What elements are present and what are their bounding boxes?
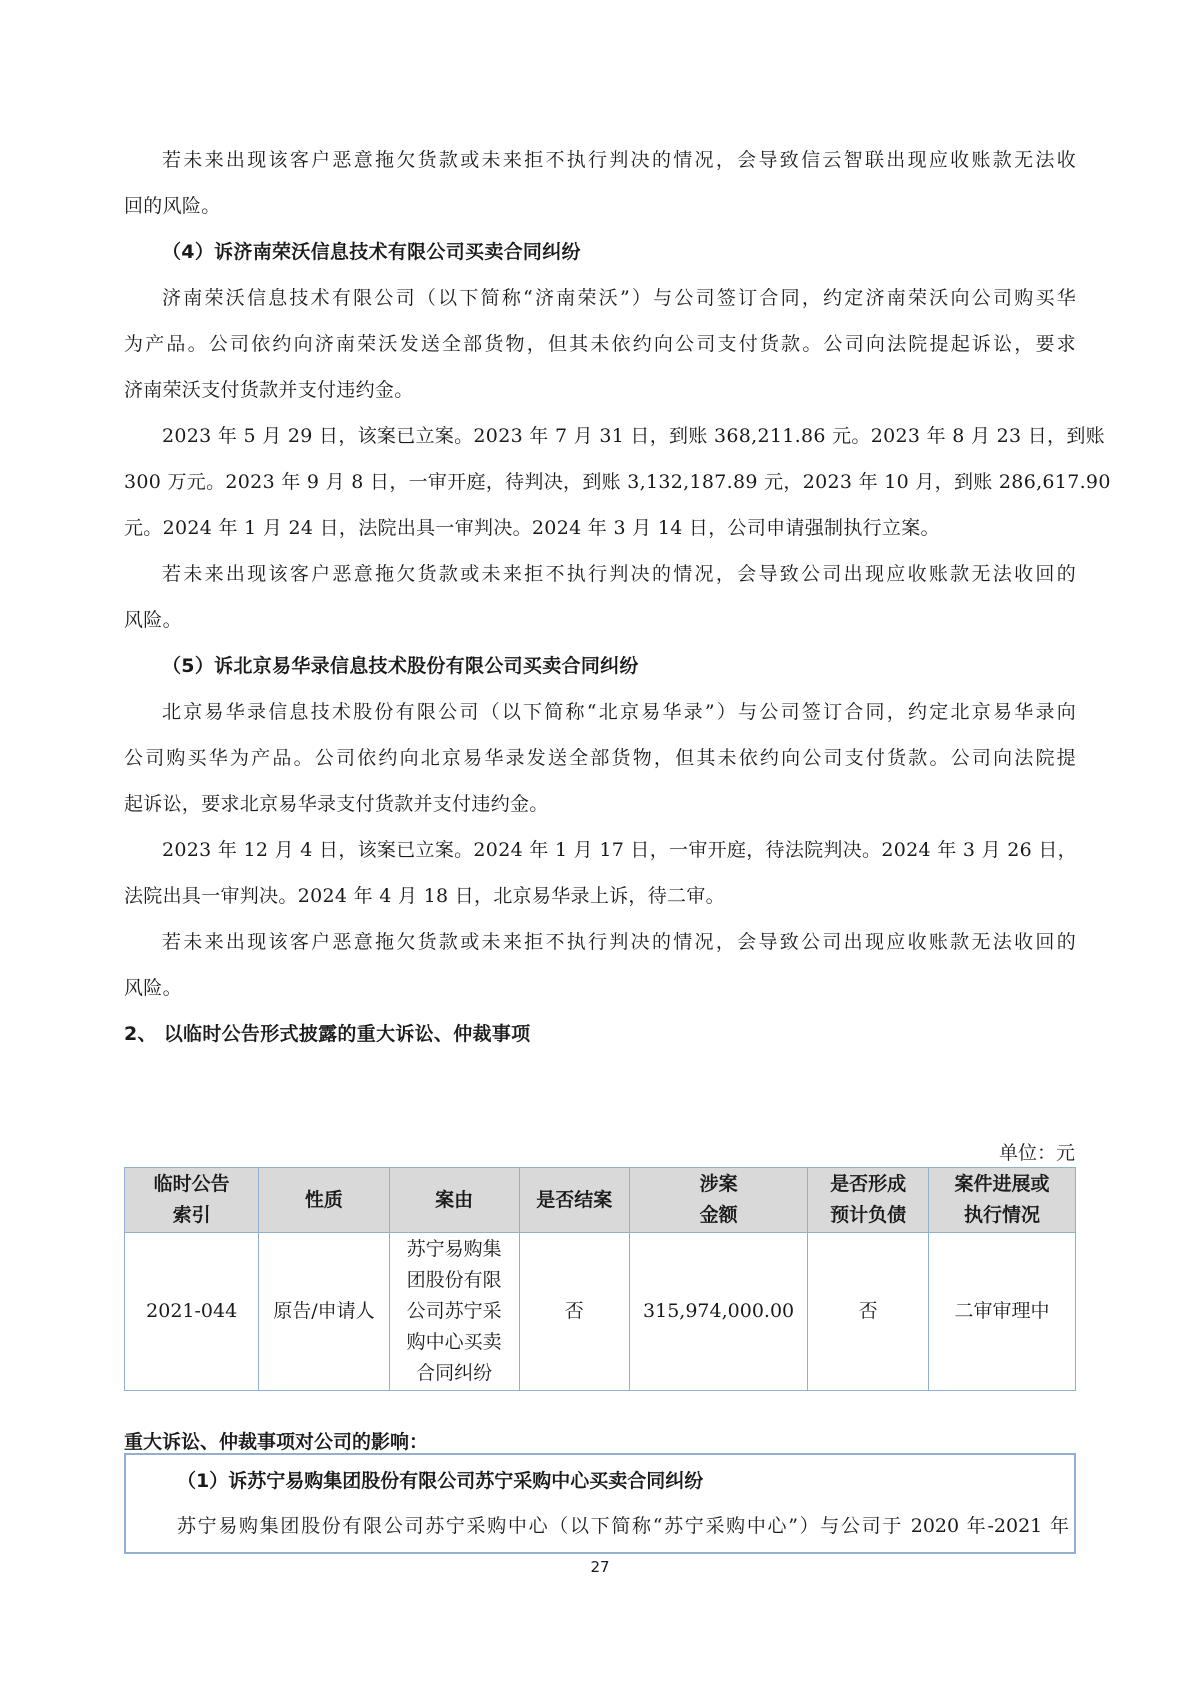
header-announcement-index: 临时公告索引 xyxy=(125,1168,259,1233)
header-provision: 是否形成预计负债 xyxy=(808,1168,929,1233)
case5-progress-line2: 法院出具一审判决。2024 年 4 月 18 日，北京易华录上诉，待二审。 xyxy=(124,882,1076,910)
cell-nature: 原告/申请人 xyxy=(259,1233,389,1391)
paragraph-risk-xinyun-line2: 回的风险。 xyxy=(124,192,1076,220)
case4-desc-line1: 济南荣沃信息技术有限公司（以下简称“济南荣沃”）与公司签订合同，约定济南荣沃向公… xyxy=(162,284,1076,312)
case4-risk-line2: 风险。 xyxy=(124,606,1076,634)
table-header-row: 临时公告索引 性质 案由 是否结案 涉案金额 是否形成预计负债 案件进展或执行情… xyxy=(125,1168,1076,1233)
case5-desc-line2: 公司购买华为产品。公司依约向北京易华录发送全部货物，但其未依约向公司支付货款。公… xyxy=(124,744,1076,772)
case5-risk-line2: 风险。 xyxy=(124,974,1076,1002)
impact-body-line1: 苏宁易购集团股份有限公司苏宁采购中心（以下简称“苏宁采购中心”）与公司于 202… xyxy=(177,1512,1069,1540)
cell-index: 2021-044 xyxy=(125,1233,259,1391)
case4-heading: （4）诉济南荣沃信息技术有限公司买卖合同纠纷 xyxy=(162,238,1114,266)
cell-cause: 苏宁易购集 团股份有限 公司苏宁采 购中心买卖 合同纠纷 xyxy=(389,1233,519,1391)
case5-desc-line1: 北京易华录信息技术股份有限公司（以下简称“北京易华录”）与公司签订合同，约定北京… xyxy=(162,698,1076,726)
page-number: 27 xyxy=(0,1558,1200,1576)
unit-label: 单位：元 xyxy=(999,1139,1075,1167)
header-closed: 是否结案 xyxy=(519,1168,629,1233)
section2-heading: 2、 以临时公告形式披露的重大诉讼、仲裁事项 xyxy=(124,1020,1076,1048)
case4-progress-line1: 2023 年 5 月 29 日，该案已立案。2023 年 7 月 31 日，到账… xyxy=(162,422,1076,450)
case4-risk-line1: 若未来出现该客户恶意拖欠货款或未来拒不执行判决的情况，会导致公司出现应收账款无法… xyxy=(162,560,1076,588)
case4-desc-line2: 为产品。公司依约向济南荣沃发送全部货物，但其未依约向公司支付货款。公司向法院提起… xyxy=(124,330,1076,358)
case4-progress-line2: 300 万元。2023 年 9 月 8 日，一审开庭，待判决，到账 3,132,… xyxy=(124,468,1076,496)
header-cause: 案由 xyxy=(389,1168,519,1233)
header-amount: 涉案金额 xyxy=(629,1168,807,1233)
cell-amount: 315,974,000.00 xyxy=(629,1233,807,1391)
cell-provision: 否 xyxy=(808,1233,929,1391)
header-progress: 案件进展或执行情况 xyxy=(929,1168,1076,1233)
header-nature: 性质 xyxy=(259,1168,389,1233)
cell-closed: 否 xyxy=(519,1233,629,1391)
paragraph-risk-xinyun-line1: 若未来出现该客户恶意拖欠货款或未来拒不执行判决的情况，会导致信云智联出现应收账款… xyxy=(162,146,1076,174)
table-row: 2021-044 原告/申请人 苏宁易购集 团股份有限 公司苏宁采 购中心买卖 … xyxy=(125,1233,1076,1391)
case5-risk-line1: 若未来出现该客户恶意拖欠货款或未来拒不执行判决的情况，会导致公司出现应收账款无法… xyxy=(162,928,1076,956)
impact-title: 重大诉讼、仲裁事项对公司的影响： xyxy=(124,1428,428,1456)
case4-progress-line3: 元。2024 年 1 月 24 日，法院出具一审判决。2024 年 3 月 14… xyxy=(124,514,1076,542)
impact-sub-heading: （1）诉苏宁易购集团股份有限公司苏宁采购中心买卖合同纠纷 xyxy=(177,1467,703,1495)
case4-desc-line3: 济南荣沃支付货款并支付违约金。 xyxy=(124,376,1076,404)
litigation-table: 临时公告索引 性质 案由 是否结案 涉案金额 是否形成预计负债 案件进展或执行情… xyxy=(124,1167,1076,1391)
case5-heading: （5）诉北京易华录信息技术股份有限公司买卖合同纠纷 xyxy=(162,652,1114,680)
cell-progress: 二审审理中 xyxy=(929,1233,1076,1391)
case5-desc-line3: 起诉讼，要求北京易华录支付货款并支付违约金。 xyxy=(124,790,1076,818)
impact-box: （1）诉苏宁易购集团股份有限公司苏宁采购中心买卖合同纠纷 苏宁易购集团股份有限公… xyxy=(124,1453,1076,1554)
case5-progress-line1: 2023 年 12 月 4 日，该案已立案。2024 年 1 月 17 日，一审… xyxy=(162,836,1076,864)
document-page: 若未来出现该客户恶意拖欠货款或未来拒不执行判决的情况，会导致信云智联出现应收账款… xyxy=(0,0,1200,1696)
